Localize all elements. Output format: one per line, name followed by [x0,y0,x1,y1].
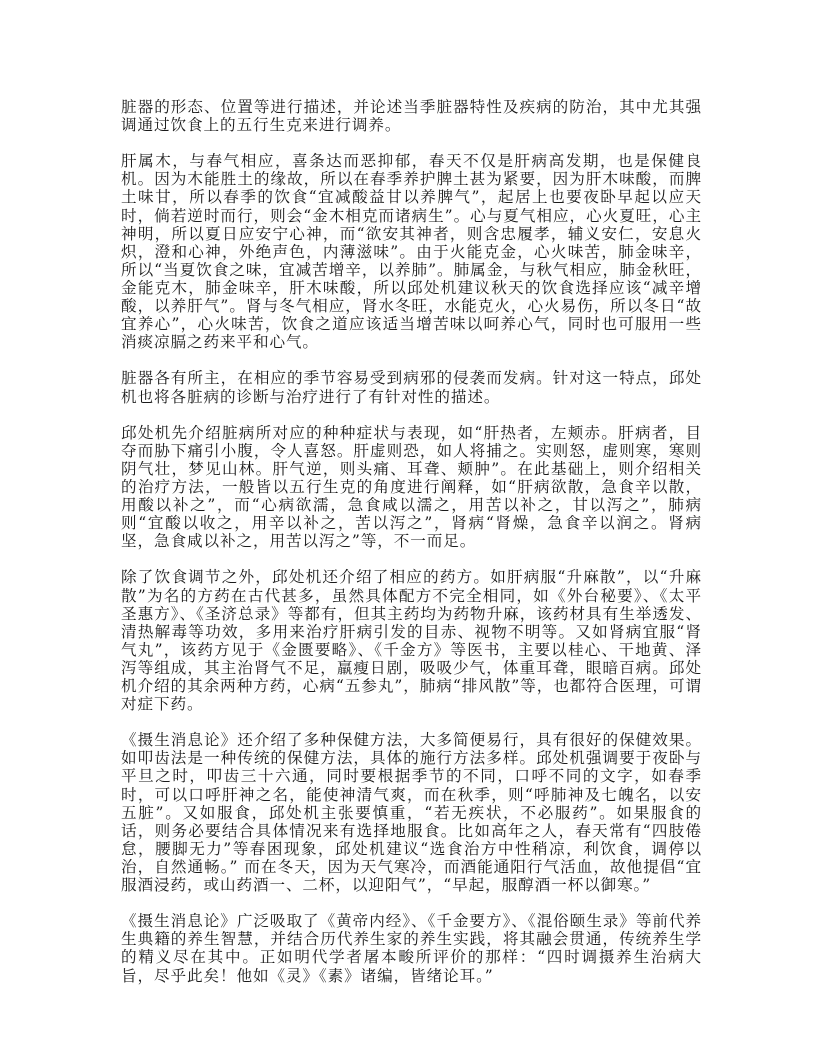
paragraph-symptoms-treatment: 邱处机先介绍脏病所对应的种种症状与表现，如“肝热者，左颊赤。肝病者，目夺而胁下痛… [121,424,702,551]
paragraph-health-methods: 《摄生消息论》还介绍了多种保健方法，大多简便易行，具有很好的保健效果。如叩齿法是… [121,731,702,894]
paragraph-prescriptions: 除了饮食调节之外，邱处机还介绍了相应的药方。如肝病服“升麻散”，以“升麻散”为名… [121,568,702,713]
document-page: 脏器的形态、位置等进行描述，并论述当季脏器特性及疾病的防治，其中尤其强调通过饮食… [121,98,702,1003]
paragraph-organ-diseases: 脏器各有所主，在相应的季节容易受到病邪的侵袭而发病。针对这一特点，邱处机也将各脏… [121,369,702,405]
paragraph-organ-description: 脏器的形态、位置等进行描述，并论述当季脏器特性及疾病的防治，其中尤其强调通过饮食… [121,98,702,134]
paragraph-conclusion: 《摄生消息论》广泛吸取了《黄帝内经》、《千金要方》、《混俗颐生录》等前代养生典籍… [121,912,702,984]
paragraph-seasonal-organs: 肝属木，与春气相应，喜条达而恶抑郁，春天不仅是肝病高发期，也是保健良机。因为木能… [121,152,702,351]
